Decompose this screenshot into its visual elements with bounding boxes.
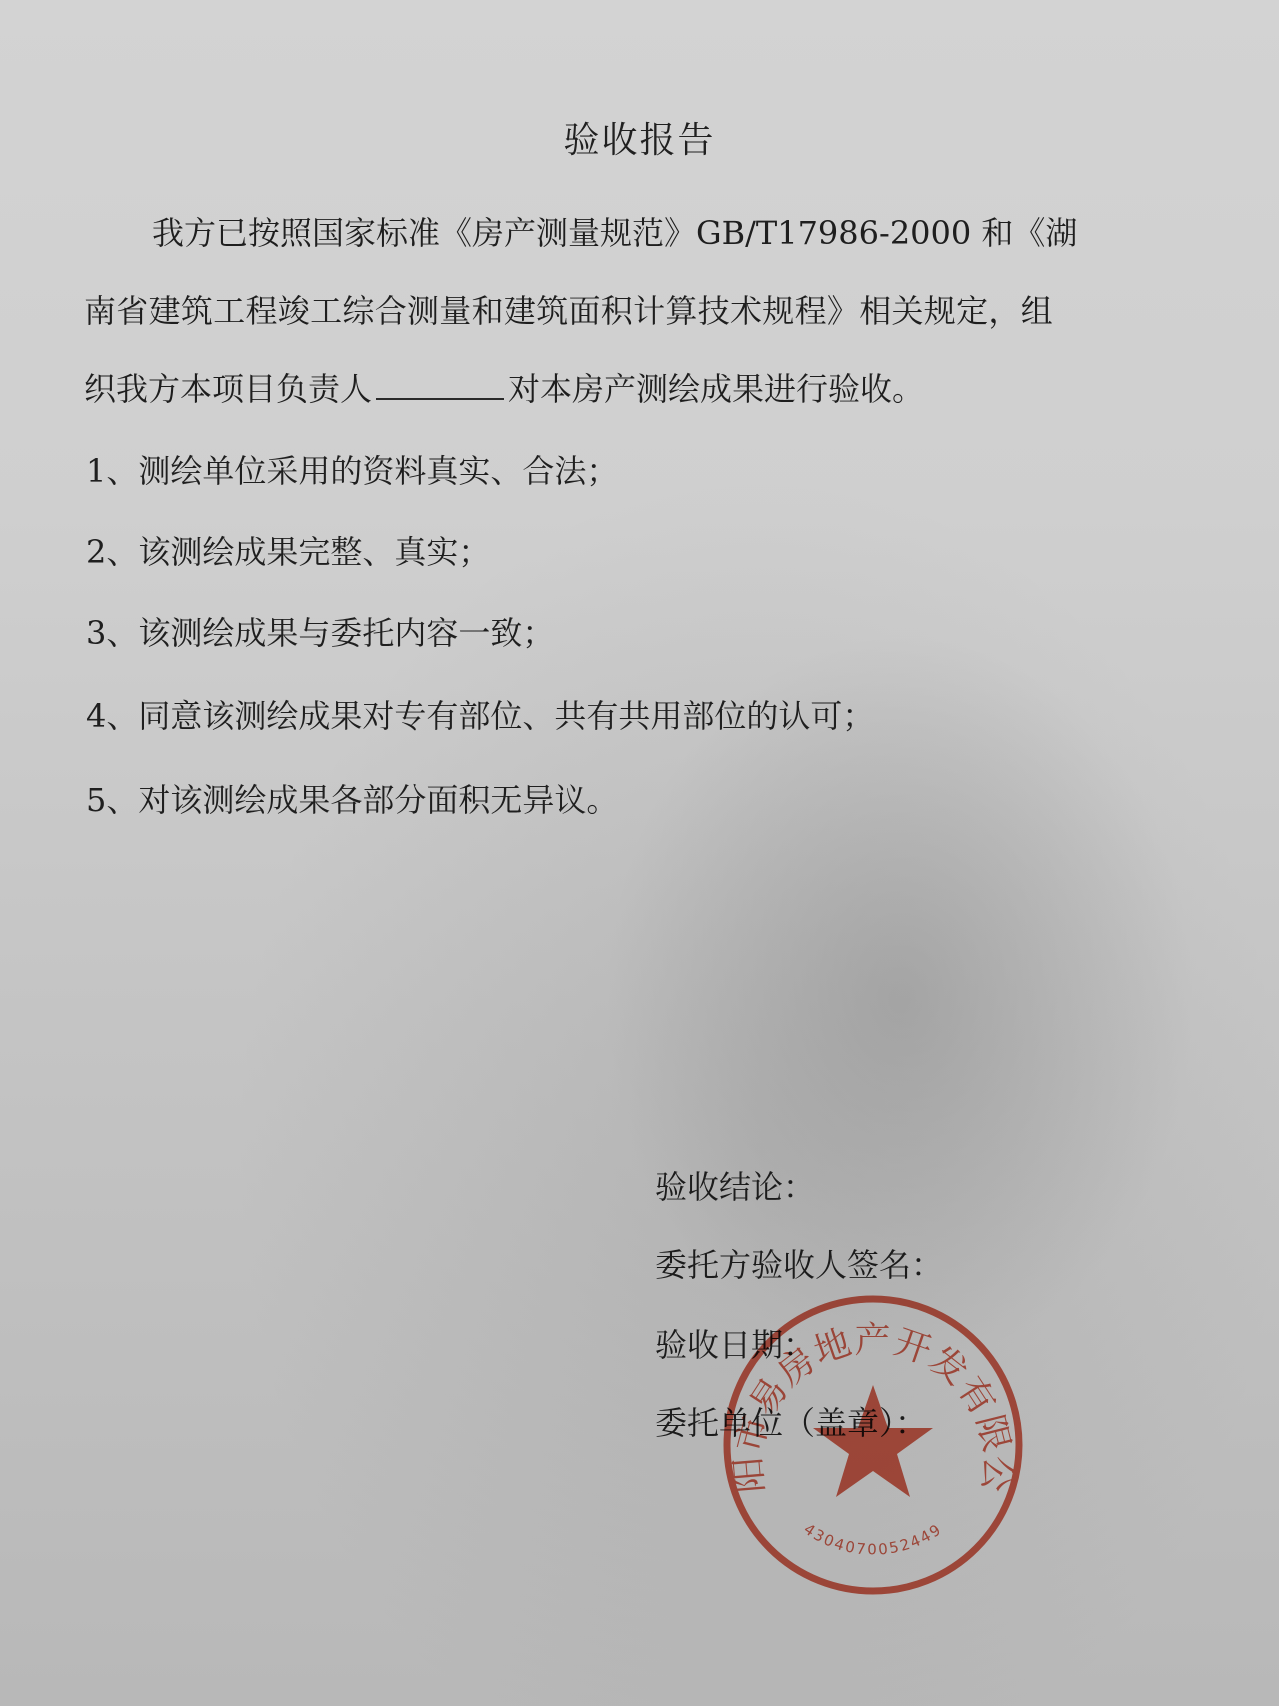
intro-line-3-start: 织我方本项目负责人 [84,370,372,408]
star-icon [813,1385,933,1497]
document-title: 验收报告 [0,112,1279,163]
list-item: 3、该测绘成果与委托内容一致； [86,608,554,654]
intro-line-1: 我方已按照国家标准《房产测量规范》GB/T17986-2000 和《湖 [152,208,1077,254]
responsible-person-blank [376,397,504,400]
intro-line-3-end: 对本房产测绘成果进行验收。 [508,370,924,408]
seal-code: 4304070052449 [800,1520,945,1559]
list-item: 4、同意该测绘成果对专有部位、共有共用部位的认可； [86,691,874,737]
list-item: 5、对该测绘成果各部分面积无异议。 [86,775,618,821]
list-item: 1、测绘单位采用的资料真实、合法； [86,446,618,492]
intro-line-3: 织我方本项目负责人对本房产测绘成果进行验收。 [84,364,924,410]
list-item: 2、该测绘成果完整、真实； [86,527,490,573]
intro-line-2: 南省建筑工程竣工综合测量和建筑面积计算技术规程》相关规定，组 [84,286,1053,332]
document-page: 验收报告 我方已按照国家标准《房产测量规范》GB/T17986-2000 和《湖… [0,0,1279,1706]
conclusion-label: 验收结论： [655,1162,815,1208]
signer-label: 委托方验收人签名： [655,1240,943,1286]
company-seal-stamp: 衡阳市易房地产开发有限公司 4304070052449 [718,1290,1028,1600]
